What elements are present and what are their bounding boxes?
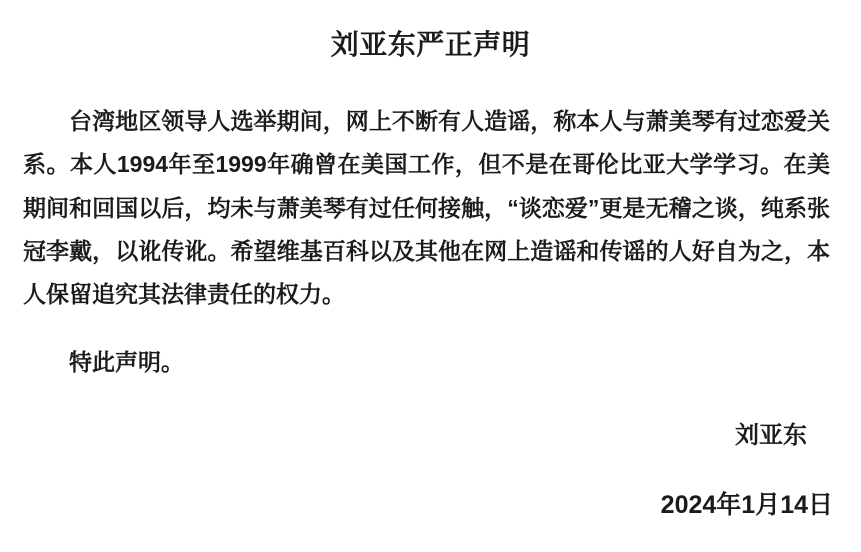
paragraph-line-3: 期间和回国以后，均未与萧美琴有过任何接触，“谈恋爱”更是无稽之谈，纯系张 — [23, 187, 830, 230]
statement-page: 刘亚东严正声明 台湾地区领导人选举期间，网上不断有人造谣，称本人与萧美琴有过恋爱… — [0, 0, 861, 552]
statement-title: 刘亚东严正声明 — [0, 30, 861, 61]
paragraph-line-5: 人保留追究其法律责任的权力。 — [23, 273, 830, 316]
closing-statement: 特此声明。 — [23, 341, 184, 384]
statement-paragraph: 台湾地区领导人选举期间，网上不断有人造谣，称本人与萧美琴有过恋爱关 系。本人19… — [23, 100, 830, 316]
signature-name: 刘亚东 — [735, 424, 807, 448]
paragraph-line-4: 冠李戴，以讹传讹。希望维基百科以及其他在网上造谣和传谣的人好自为之，本 — [23, 230, 830, 273]
statement-date: 2024年1月14日 — [661, 493, 833, 518]
paragraph-line-1: 台湾地区领导人选举期间，网上不断有人造谣，称本人与萧美琴有过恋爱关 — [23, 100, 830, 143]
paragraph-line-2: 系。本人1994年至1999年确曾在美国工作，但不是在哥伦比亚大学学习。在美 — [23, 143, 830, 186]
